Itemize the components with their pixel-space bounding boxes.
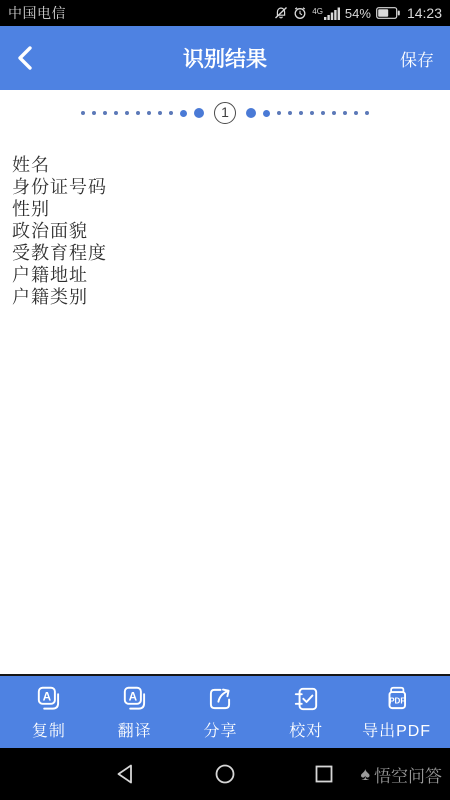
battery-icon — [376, 7, 400, 19]
copy-label: 复制 — [32, 718, 66, 741]
svg-text:A: A — [42, 690, 51, 703]
alarm-icon — [293, 6, 307, 20]
ocr-line: 受教育程度 — [12, 242, 450, 264]
ocr-result-text[interactable]: 姓名 身份证号码 性别 政治面貌 受教育程度 户籍地址 户籍类别 — [0, 154, 450, 308]
network-type-label: 4G — [312, 8, 323, 16]
proofread-label: 校对 — [289, 718, 323, 741]
proofread-icon — [291, 684, 321, 714]
current-page-badge: 1 — [214, 102, 236, 124]
share-label: 分享 — [203, 718, 237, 741]
pager-dots-right — [246, 108, 369, 118]
status-bar: 中国电信 4G — [0, 0, 450, 26]
copy-button[interactable]: A 复制 — [19, 684, 79, 741]
carrier-label: 中国电信 — [8, 3, 66, 23]
back-button[interactable] — [14, 36, 54, 80]
ocr-line: 性别 — [12, 198, 450, 220]
page-title: 识别结果 — [0, 43, 450, 73]
page-indicator[interactable]: 1 — [0, 102, 450, 124]
copy-icon: A — [34, 684, 64, 714]
export-pdf-label: 导出PDF — [362, 718, 431, 741]
android-nav-bar: ♠ 悟空问答 — [0, 748, 450, 800]
nav-recents-icon — [314, 764, 334, 784]
wukong-logo-icon: ♠ — [360, 765, 370, 783]
ocr-line: 身份证号码 — [12, 176, 450, 198]
pager-dots-left — [81, 108, 204, 118]
ocr-line: 政治面貌 — [12, 220, 450, 242]
export-pdf-icon: PDF — [382, 684, 412, 714]
result-page: 1 姓名 身份证号码 性别 政治面貌 受教育程度 户籍地址 户籍类别 — [0, 90, 450, 674]
translate-icon: A — [120, 684, 150, 714]
translate-button[interactable]: A 翻译 — [105, 684, 165, 741]
save-button[interactable]: 保存 — [398, 40, 436, 77]
nav-back-icon — [115, 763, 135, 785]
battery-percent-label: 54% — [345, 6, 371, 21]
header-bar: 识别结果 保存 — [0, 26, 450, 90]
watermark: ♠ 悟空问答 — [360, 748, 442, 800]
bottom-toolbar: A 复制 A 翻译 分享 校对 PDF — [0, 676, 450, 748]
export-pdf-button[interactable]: PDF 导出PDF — [362, 684, 431, 741]
share-icon — [205, 684, 235, 714]
mute-icon — [274, 6, 288, 20]
nav-recents-button[interactable] — [294, 748, 354, 800]
share-button[interactable]: 分享 — [190, 684, 250, 741]
proofread-button[interactable]: 校对 — [276, 684, 336, 741]
ocr-line: 户籍类别 — [12, 286, 450, 308]
translate-label: 翻译 — [118, 718, 152, 741]
signal-icon: 4G — [312, 7, 340, 20]
nav-home-button[interactable] — [195, 748, 255, 800]
svg-text:PDF: PDF — [389, 696, 405, 705]
nav-back-button[interactable] — [95, 748, 155, 800]
nav-home-icon — [214, 763, 236, 785]
ocr-line: 姓名 — [12, 154, 450, 176]
chevron-left-icon — [14, 45, 36, 71]
ocr-line: 户籍地址 — [12, 264, 450, 286]
watermark-label: 悟空问答 — [374, 762, 442, 787]
svg-text:A: A — [128, 690, 137, 703]
clock-label: 14:23 — [407, 5, 442, 21]
